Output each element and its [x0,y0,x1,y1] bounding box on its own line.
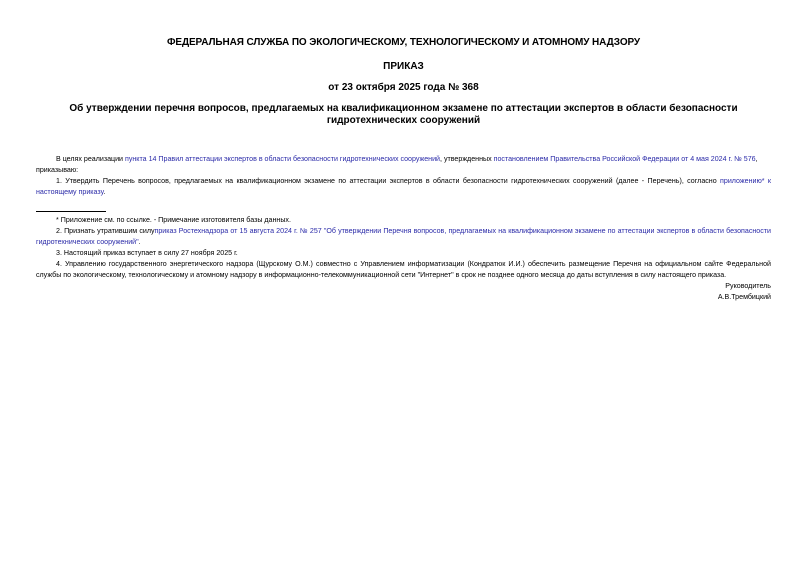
document-body: В целях реализации пункта 14 Правил атте… [36,154,771,303]
document-type: ПРИКАЗ [36,61,771,72]
preamble-text: В целях реализации [56,155,125,163]
item-1-end: . [103,188,105,196]
link-rules-item-14[interactable]: пункта 14 Правил аттестации экспертов в … [125,155,440,163]
item-1-text: 1. Утвердить Перечень вопросов, предлага… [56,177,720,185]
item-2-paragraph: 2. Признать утратившим силуприказ Ростех… [36,226,771,248]
footnote-divider [36,211,106,212]
document-date-number: от 23 октября 2025 года № 368 [36,82,771,93]
order-word: приказываю: [36,165,771,176]
agency-name: ФЕДЕРАЛЬНАЯ СЛУЖБА ПО ЭКОЛОГИЧЕСКОМУ, ТЕ… [36,37,771,48]
link-government-decree[interactable]: постановлением Правительства Российской … [494,155,756,163]
item-4-paragraph: 4. Управлению государственного энергетич… [36,259,771,281]
item-1-paragraph: 1. Утвердить Перечень вопросов, предлага… [36,176,771,198]
item-3-paragraph: 3. Настоящий приказ вступает в силу 27 н… [36,248,771,259]
document-title: Об утверждении перечня вопросов, предлаг… [36,103,771,127]
signature-position: Руководитель [36,281,771,292]
preamble-paragraph: В целях реализации пункта 14 Правил атте… [36,154,771,165]
preamble-text-2: , утвержденных [440,155,494,163]
item-2-text: 2. Признать утратившим силу [56,227,155,235]
signature-name: А.В.Трембицкий [36,292,771,303]
item-2-end: . [139,238,141,246]
footnote: * Приложение см. по ссылке. - Примечание… [36,215,771,226]
preamble-text-3: , [756,155,758,163]
